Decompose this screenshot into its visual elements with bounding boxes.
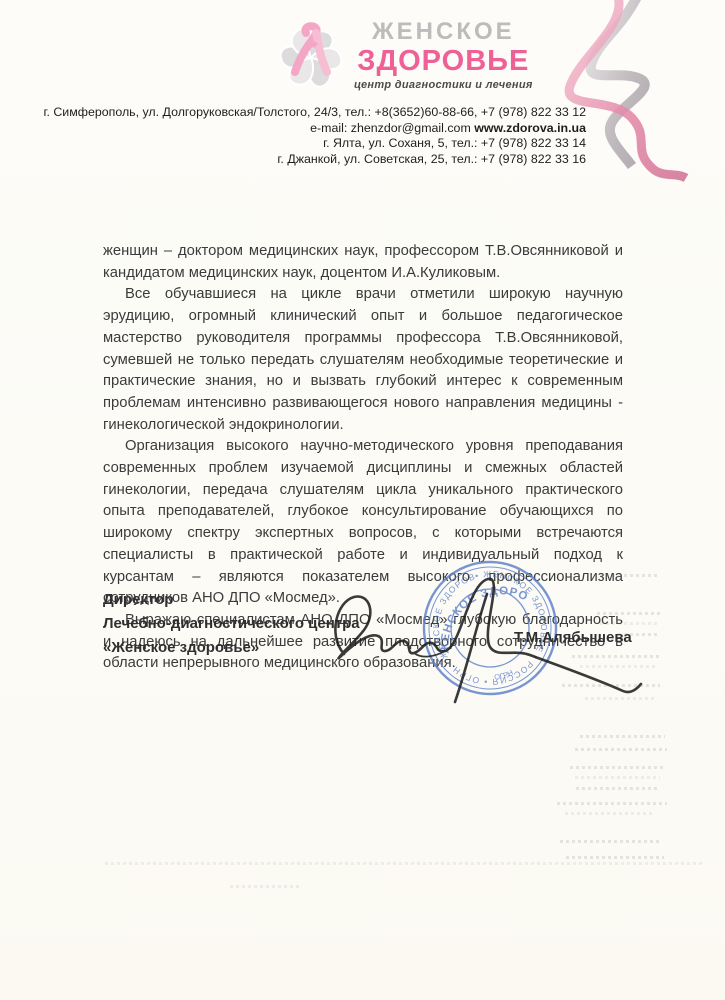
website-text: www.zdorova.in.ua <box>474 121 586 135</box>
logo-subtitle: центр диагностики и лечения <box>354 80 533 91</box>
contact-line-dzhankoy: г. Джанкой, ул. Советская, 25, тел.: +7 … <box>43 152 586 168</box>
signatory-name: Т.М.Алябышева <box>514 629 632 646</box>
scanned-letter-page: ЖЕНСКОЕ ЗДОРОВЬЕ центр диагностики и леч… <box>0 0 725 1000</box>
clinic-logo: ЖЕНСКОЕ ЗДОРОВЬЕ центр диагностики и леч… <box>272 20 533 96</box>
logo-title-line1: ЖЕНСКОЕ <box>372 20 515 44</box>
contact-line-yalta: г. Ялта, ул. Соханя, 5, тел.: +7 (978) 8… <box>43 136 586 152</box>
paragraph-2: Все обучавшиеся на цикле врачи отметили … <box>103 284 623 436</box>
ribbon-flower-icon <box>272 20 350 96</box>
paragraph-1: женщин – доктором медицинских наук, проф… <box>103 241 623 284</box>
pink-ribbon <box>569 0 686 178</box>
decorative-ribbon-graphic <box>520 0 725 200</box>
contact-block: г. Симферополь, ул. Долгоруковская/Толст… <box>43 105 586 167</box>
contact-line-simferopol: г. Симферополь, ул. Долгоруковская/Толст… <box>43 105 586 121</box>
email-text: e-mail: zhenzdor@gmail.com <box>310 121 471 135</box>
logo-title-line2: ЗДОРОВЬЕ <box>357 47 529 76</box>
contact-line-email: e-mail: zhenzdor@gmail.com www.zdorova.i… <box>43 121 586 137</box>
